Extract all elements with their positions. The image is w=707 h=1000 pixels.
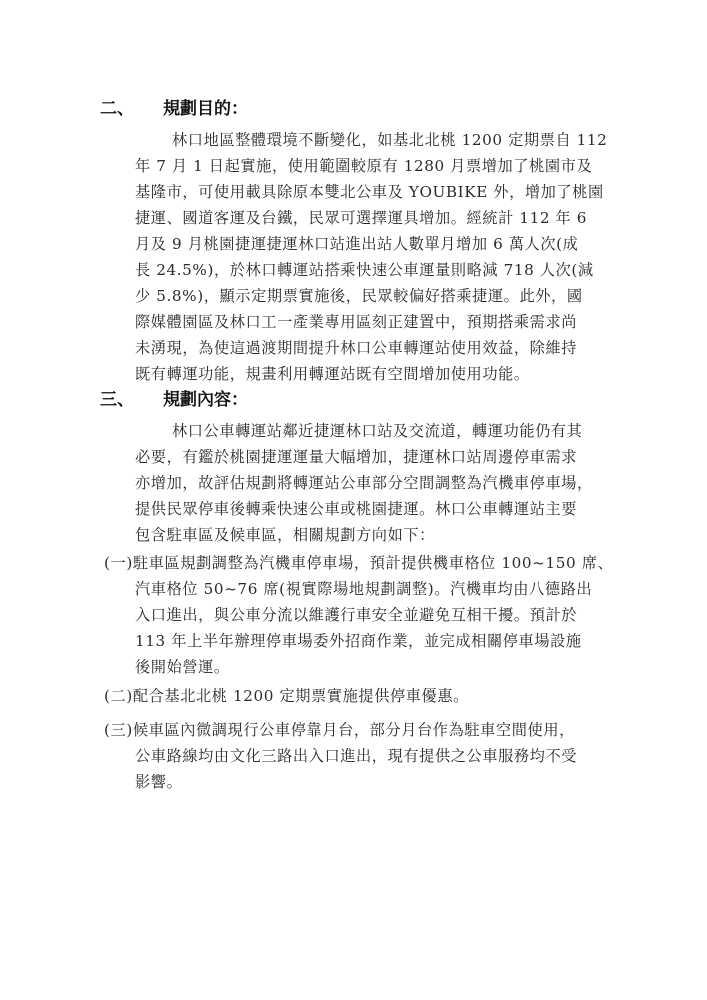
item-line: (一)駐車區規劃調整為汽機車停車場，預計提供機車格位 100~150 席、	[104, 550, 644, 576]
item-line: (二)配合基北北桃 1200 定期票實施提供停車優惠。	[104, 683, 644, 709]
section-heading-purpose: 二、規劃目的：	[100, 94, 248, 119]
paragraph-line: 際媒體園區及林口工一產業專用區刻正建置中，預期搭乘需求尚	[135, 309, 615, 335]
document-page: 二、規劃目的： 林口地區整體環境不斷變化，如基北北桃 1200 定期票自 112…	[0, 0, 707, 1000]
section-number: 三、	[100, 385, 163, 410]
item-line: 公車路線均由文化三路出入口進出，現有提供之公車服務均不受	[104, 743, 644, 769]
paragraph-line: 包含駐車區及候車區，相關規劃方向如下：	[135, 522, 615, 548]
list-item-2: (二)配合基北北桃 1200 定期票實施提供停車優惠。	[104, 683, 644, 709]
purpose-paragraph: 林口地區整體環境不斷變化，如基北北桃 1200 定期票自 112 年 7 月 1…	[135, 127, 615, 387]
section-number: 二、	[100, 94, 163, 119]
paragraph-line: 提供民眾停車後轉乘快速公車或桃園捷運。林口公車轉運站主要	[135, 496, 615, 522]
paragraph-line: 長 24.5%)，於林口轉運站搭乘快速公車運量則略減 718 人次(減	[135, 257, 615, 283]
content-paragraph: 林口公車轉運站鄰近捷運林口站及交流道，轉運功能仍有其 必要，有鑑於桃園捷運運量大…	[135, 418, 615, 548]
item-line: 後開始營運。	[104, 654, 644, 680]
section-heading-content: 三、規劃內容：	[100, 385, 248, 410]
paragraph-line: 未湧現，為使這過渡期間提升林口公車轉運站使用效益，除維持	[135, 335, 615, 361]
paragraph-line: 林口公車轉運站鄰近捷運林口站及交流道，轉運功能仍有其	[135, 418, 615, 444]
paragraph-line: 年 7 月 1 日起實施，使用範圍較原有 1280 月票增加了桃園市及	[135, 153, 615, 179]
paragraph-line: 捷運、國道客運及台鐵，民眾可選擇運具增加。經統計 112 年 6	[135, 205, 615, 231]
paragraph-line: 林口地區整體環境不斷變化，如基北北桃 1200 定期票自 112	[135, 127, 615, 153]
item-line: (三)候車區內微調現行公車停靠月台，部分月台作為駐車空間使用，	[104, 717, 644, 743]
item-line: 影響。	[104, 769, 644, 795]
paragraph-line: 亦增加，故評估規劃將轉運站公車部分空間調整為汽機車停車場，	[135, 470, 615, 496]
section-title: 規劃內容：	[163, 390, 248, 410]
paragraph-line: 月及 9 月桃園捷運捷運林口站進出站人數單月增加 6 萬人次(成	[135, 231, 615, 257]
list-item-3: (三)候車區內微調現行公車停靠月台，部分月台作為駐車空間使用， 公車路線均由文化…	[104, 717, 644, 795]
paragraph-line: 基隆市，可使用載具除原本雙北公車及 YOUBIKE 外，增加了桃園	[135, 179, 615, 205]
item-line: 113 年上半年辦理停車場委外招商作業，並完成相關停車場設施	[104, 628, 644, 654]
section-title: 規劃目的：	[163, 99, 248, 119]
list-item-1: (一)駐車區規劃調整為汽機車停車場，預計提供機車格位 100~150 席、 汽車…	[104, 550, 644, 680]
paragraph-line: 必要，有鑑於桃園捷運運量大幅增加，捷運林口站周邊停車需求	[135, 444, 615, 470]
item-line: 汽車格位 50~76 席(視實際場地規劃調整)。汽機車均由八德路出	[104, 576, 644, 602]
item-line: 入口進出，與公車分流以維護行車安全並避免互相干擾。預計於	[104, 602, 644, 628]
paragraph-line: 少 5.8%)，顯示定期票實施後，民眾較偏好搭乘捷運。此外，國	[135, 283, 615, 309]
paragraph-line: 既有轉運功能，規畫利用轉運站既有空間增加使用功能。	[135, 361, 615, 387]
